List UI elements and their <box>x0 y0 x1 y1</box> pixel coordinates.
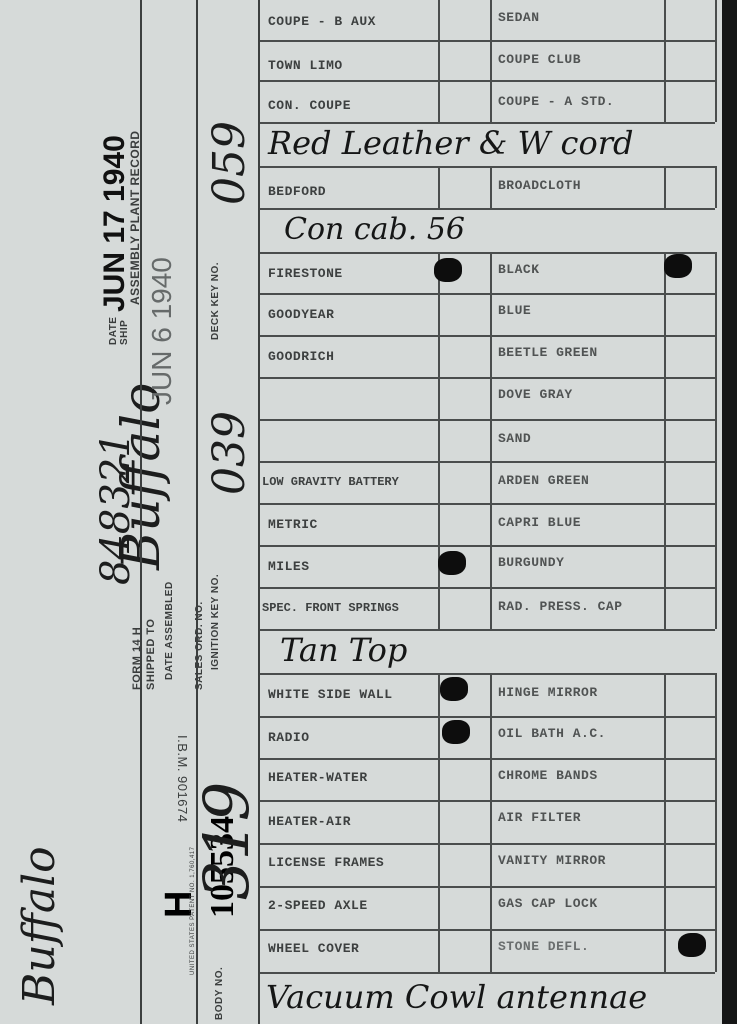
option-miles: MILES <box>268 559 310 574</box>
option-heater-water: HEATER-WATER <box>268 770 368 785</box>
option-black: BLACK <box>498 262 540 277</box>
body-number-label: BODY NO. <box>214 967 225 1020</box>
option-hinge-mirror: HINGE MIRROR <box>498 685 598 700</box>
option-heater-air: HEATER-AIR <box>268 814 351 829</box>
option-coupe-club: COUPE CLUB <box>498 52 581 67</box>
punch-hole-stone-defl <box>678 933 706 957</box>
option-dove-gray: DOVE GRAY <box>498 387 573 402</box>
handwritten-note-antenna: Vacuum Cowl antennae <box>266 978 647 1016</box>
option-coupe-b-aux: COUPE - B AUX <box>268 14 376 29</box>
option-wheel-cover: WHEEL COVER <box>268 941 359 956</box>
option-con-coupe: CON. COUPE <box>268 98 351 113</box>
handwritten-note-body: Con cab. 56 <box>284 212 465 247</box>
keys-column: DECK KEY NO. 059 039 IGNITION KEY NO. UN… <box>196 0 256 1024</box>
grid-row: METRIC CAPRI BLUE <box>260 503 715 547</box>
ignition-key-label: IGNITION KEY NO. <box>210 574 221 670</box>
date-assembled-label: DATE ASSEMBLED <box>164 581 175 680</box>
date-shipped-value: JUN 17 1940 <box>100 135 130 312</box>
grid-row: SPEC. FRONT SPRINGS RAD. PRESS. CAP <box>260 587 715 631</box>
handwritten-note-top: Tan Top <box>280 631 407 669</box>
option-air-filter: AIR FILTER <box>498 810 581 825</box>
punch-hole-white-side-wall <box>440 677 468 701</box>
option-beetle-green: BEETLE GREEN <box>498 345 598 360</box>
grid-row: GOODRICH BEETLE GREEN <box>260 335 715 379</box>
date-assembled-value: JUN 6 1940 <box>148 257 176 405</box>
option-white-side-wall: WHITE SIDE WALL <box>268 687 393 702</box>
sales-order-value: 848321 <box>96 432 136 585</box>
grid-row: HEATER-AIR AIR FILTER <box>260 800 715 845</box>
punch-hole-black <box>664 254 692 278</box>
grid-row-note: Con cab. 56 <box>260 208 715 254</box>
option-goodrich: GOODRICH <box>268 349 334 364</box>
option-capri-blue: CAPRI BLUE <box>498 515 581 530</box>
grid-row: BEDFORD BROADCLOTH <box>260 166 715 210</box>
option-metric: METRIC <box>268 517 318 532</box>
grid-row: WHITE SIDE WALL HINGE MIRROR <box>260 673 715 718</box>
grid-row: CON. COUPE COUPE - A STD. <box>260 80 715 124</box>
option-radio: RADIO <box>268 730 310 745</box>
option-gas-cap-lock: GAS CAP LOCK <box>498 896 598 911</box>
grid-row: WHEEL COVER STONE DEFL. <box>260 929 715 974</box>
punch-hole-miles <box>438 551 466 575</box>
grid-row: COUPE - B AUX SEDAN <box>260 0 715 42</box>
margin-note: Buffalo <box>14 846 65 1005</box>
deck-key-label: DECK KEY NO. <box>210 262 221 340</box>
options-grid: COUPE - B AUX SEDAN TOWN LIMO COUPE CLUB… <box>258 0 715 1024</box>
option-low-gravity-battery: LOW GRAVITY BATTERY <box>262 475 399 489</box>
grid-row: RADIO OIL BATH A.C. <box>260 716 715 760</box>
deck-key-value: 059 <box>208 121 252 205</box>
option-2-speed-axle: 2-SPEED AXLE <box>268 898 368 913</box>
option-rad-press-cap: RAD. PRESS. CAP <box>498 599 623 614</box>
grid-row: 2-SPEED AXLE GAS CAP LOCK <box>260 886 715 931</box>
option-town-limo: TOWN LIMO <box>268 58 343 73</box>
option-burgundy: BURGUNDY <box>498 555 564 570</box>
option-license-frames: LICENSE FRAMES <box>268 855 384 870</box>
grid-row-note: Red Leather & W cord <box>260 122 715 168</box>
option-firestone: FIRESTONE <box>268 266 343 281</box>
grid-row-note: Vacuum Cowl antennae <box>260 972 715 1024</box>
date-shipped-label: DATESHIP <box>108 317 130 345</box>
date-shipped-column: DATESHIP JUN 17 1940 848321 SALES ORD. N… <box>86 0 142 1024</box>
serial-column: Buffalo <box>0 0 82 1024</box>
grid-row: FIRESTONE BLACK <box>260 252 715 295</box>
grid-row-note: Tan Top <box>260 629 715 675</box>
photo-dark-edge <box>722 0 737 1024</box>
grid-row: MILES BURGUNDY <box>260 545 715 589</box>
option-blue: BLUE <box>498 303 531 318</box>
assembly-plant-record-card: Buffalo ASSEMBLY PLANT RECORD Buffalo FO… <box>0 0 722 1024</box>
option-goodyear: GOODYEAR <box>268 307 334 322</box>
body-number-value: 319 <box>196 782 258 900</box>
grid-row: LICENSE FRAMES VANITY MIRROR <box>260 843 715 888</box>
option-sand: SAND <box>498 431 531 446</box>
option-arden-green: ARDEN GREEN <box>498 473 589 488</box>
handwritten-note-upholstery: Red Leather & W cord <box>268 124 634 162</box>
option-chrome-bands: CHROME BANDS <box>498 768 598 783</box>
grid-row: GOODYEAR BLUE <box>260 293 715 337</box>
grid-row: TOWN LIMO COUPE CLUB <box>260 40 715 82</box>
option-spec-front-springs: SPEC. FRONT SPRINGS <box>262 601 399 615</box>
option-oil-bath-ac: OIL BATH A.C. <box>498 726 606 741</box>
option-stone-defl: STONE DEFL. <box>498 939 589 954</box>
grid-row: SAND <box>260 419 715 463</box>
option-bedford: BEDFORD <box>268 184 326 199</box>
punch-hole-firestone <box>434 258 462 282</box>
punch-hole-radio <box>442 720 470 744</box>
ignition-key-value: 039 <box>208 411 252 495</box>
option-coupe-a-std: COUPE - A STD. <box>498 94 614 109</box>
option-broadcloth: BROADCLOTH <box>498 178 581 193</box>
grid-row: DOVE GRAY <box>260 377 715 421</box>
grid-row: HEATER-WATER CHROME BANDS <box>260 758 715 802</box>
option-sedan: SEDAN <box>498 10 540 25</box>
grid-row: LOW GRAVITY BATTERY ARDEN GREEN <box>260 461 715 505</box>
option-vanity-mirror: VANITY MIRROR <box>498 853 606 868</box>
